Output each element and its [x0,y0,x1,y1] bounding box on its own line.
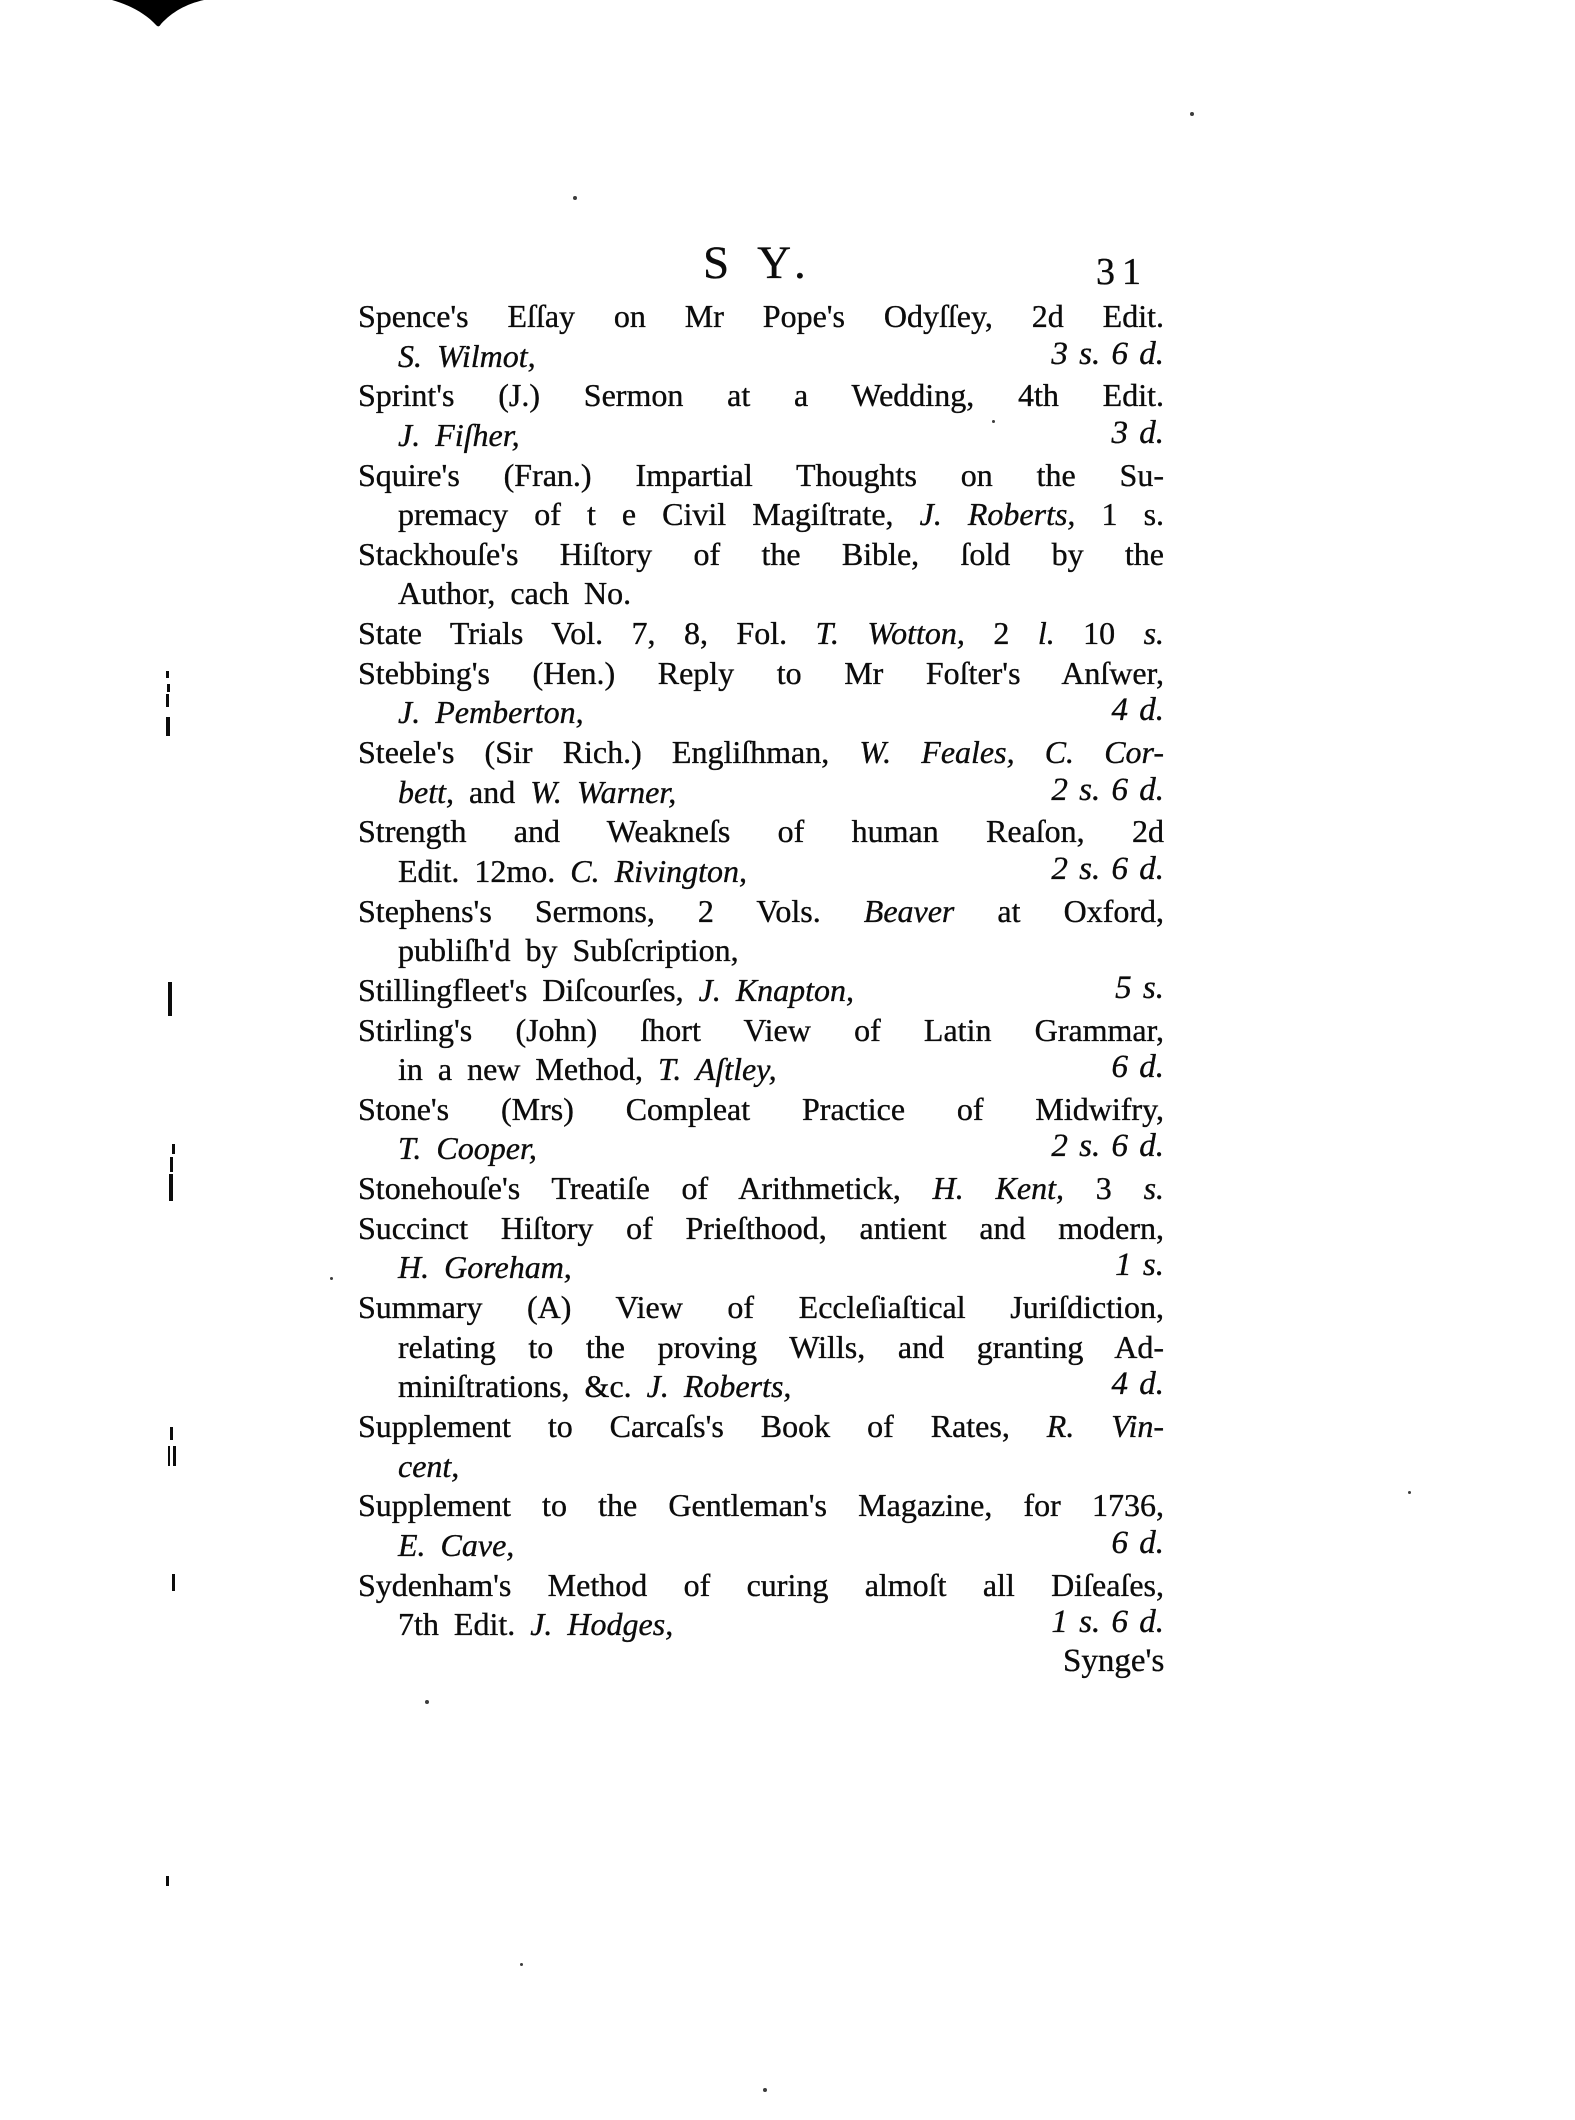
entry-text: E. Cave, [398,1526,514,1566]
entry-price: 2 s. 6 d. [1051,771,1164,811]
entry-text: Stillingfleet's Diſcourſes, J. Knapton, [358,971,854,1011]
entry-text: Succinct Hiſtory of Prieſthood, antient … [358,1210,1164,1246]
scan-speck [573,196,577,200]
entry-line: E. Cave,6 d. [358,1526,1164,1566]
entry-line: J. Fiſher,3 d. [358,416,1164,456]
entry-price: 3 d. [1112,414,1165,454]
entry-text: Stirling's (John) ſhort View of Latin Gr… [358,1012,1164,1048]
entry-text: S. Wilmot, [398,337,536,377]
entries: Spence's Eſſay on Mr Pope's Odyſſey, 2d … [358,297,1164,1645]
entry-text: Stebbing's (Hen.) Reply to Mr Foſter's A… [358,655,1164,691]
entry-text: premacy of t e Civil Magiſtrate, J. Robe… [398,496,1164,532]
entry-line: H. Goreham,1 s. [358,1248,1164,1288]
entry-line: cent, [358,1447,1164,1487]
entry-line: Sydenham's Method of curing almoſt all D… [358,1566,1164,1606]
scan-speck [425,1700,429,1704]
scan-speck [992,420,995,423]
entry-line: Squire's (Fran.) Impartial Thoughts on t… [358,456,1164,496]
entry-line: Edit. 12mo. C. Rivington,2 s. 6 d. [358,852,1164,892]
scan-speck [763,2088,767,2092]
entry-line: premacy of t e Civil Magiſtrate, J. Robe… [358,495,1164,535]
entry-line: 7th Edit. J. Hodges,1 s. 6 d. [358,1605,1164,1645]
entry-line: Strength and Weakneſs of human Reaſon, 2… [358,812,1164,852]
margin-tick [172,1574,175,1591]
entry-line: Stone's (Mrs) Compleat Practice of Midwi… [358,1090,1164,1130]
entry-text: Stone's (Mrs) Compleat Practice of Midwi… [358,1091,1164,1127]
entry-line: Author, cach No. [358,574,1164,614]
entry-line: Stirling's (John) ſhort View of Latin Gr… [358,1011,1164,1051]
entry-price: 6 d. [1112,1048,1165,1088]
entry-text: Supplement to the Gentleman's Magazine, … [358,1487,1164,1523]
entry-line: State Trials Vol. 7, 8, Fol. T. Wotton, … [358,614,1164,654]
entry-text: Spence's Eſſay on Mr Pope's Odyſſey, 2d … [358,298,1164,334]
entry-text: H. Goreham, [398,1248,572,1288]
entry-price: 1 s. 6 d. [1051,1603,1164,1643]
entry-line: miniſtrations, &c. J. Roberts,4 d. [358,1367,1164,1407]
entry-line: Summary (A) View of Eccleſiaſtical Juriſ… [358,1288,1164,1328]
margin-tick [168,1446,170,1466]
entry-text: Supplement to Carcaſs's Book of Rates, R… [358,1408,1164,1444]
entry-line: Stebbing's (Hen.) Reply to Mr Foſter's A… [358,654,1164,694]
entry-text: 7th Edit. J. Hodges, [398,1605,673,1645]
scan-speck [520,1963,523,1966]
entry-line: Sprint's (J.) Sermon at a Wedding, 4th E… [358,376,1164,416]
entry-line: Succinct Hiſtory of Prieſthood, antient … [358,1209,1164,1249]
margin-tick [166,717,170,736]
entry-line: Stonehouſe's Treatiſe of Arithmetick, H.… [358,1169,1164,1209]
scan-speck [330,1277,333,1280]
entry-text: Stonehouſe's Treatiſe of Arithmetick, H.… [358,1170,1164,1206]
margin-tick [166,1876,169,1886]
entry-price: 4 d. [1112,691,1165,731]
entry-price: 6 d. [1112,1524,1165,1564]
margin-tick [173,1446,176,1466]
entry-price: 4 d. [1112,1365,1165,1405]
page-number: 31 [1096,250,1148,294]
entry-price: 3 s. 6 d. [1051,335,1164,375]
entry-price: 1 s. [1115,1246,1164,1286]
margin-tick [169,1174,173,1201]
entry-line: S. Wilmot,3 s. 6 d. [358,337,1164,377]
entry-line: Supplement to the Gentleman's Magazine, … [358,1486,1164,1526]
entry-text: Edit. 12mo. C. Rivington, [398,852,747,892]
entry-price: 5 s. [1115,969,1164,1009]
entry-line: relating to the proving Wills, and grant… [358,1328,1164,1368]
entry-text: Author, cach No. [398,575,631,611]
entry-text: Squire's (Fran.) Impartial Thoughts on t… [358,457,1164,493]
entry-text: State Trials Vol. 7, 8, Fol. T. Wotton, … [358,615,1164,651]
entry-line: Stephens's Sermons, 2 Vols. Beaver at Ox… [358,892,1164,932]
entry-price: 2 s. 6 d. [1051,850,1164,890]
entry-text: Strength and Weakneſs of human Reaſon, 2… [358,813,1164,849]
margin-tick [167,684,170,692]
entry-text: in a new Method, T. Aſtley, [398,1050,777,1090]
entry-price: 2 s. 6 d. [1051,1127,1164,1167]
entry-text: Stephens's Sermons, 2 Vols. Beaver at Ox… [358,893,1164,929]
entry-line: Spence's Eſſay on Mr Pope's Odyſſey, 2d … [358,297,1164,337]
entry-line: in a new Method, T. Aſtley,6 d. [358,1050,1164,1090]
entry-text: Steele's (Sir Rich.) Engliſhman, W. Feal… [358,734,1164,770]
entry-text: relating to the proving Wills, and grant… [398,1329,1164,1365]
page-corner-ink-blob [112,0,204,28]
entry-line: T. Cooper,2 s. 6 d. [358,1129,1164,1169]
margin-tick [170,1157,173,1172]
margin-tick [172,1144,175,1154]
catchword: Synge's [1063,1643,1164,1680]
margin-tick [168,982,172,1016]
entry-line: publiſh'd by Subſcription, [358,931,1164,971]
entry-text: Summary (A) View of Eccleſiaſtical Juriſ… [358,1289,1164,1325]
entry-line: Stackhouſe's Hiſtory of the Bible, ſold … [358,535,1164,575]
entry-line: J. Pemberton,4 d. [358,693,1164,733]
entry-line: Supplement to Carcaſs's Book of Rates, R… [358,1407,1164,1447]
entry-text: J. Fiſher, [398,416,520,456]
entry-text: Sprint's (J.) Sermon at a Wedding, 4th E… [358,377,1164,413]
entry-text: cent, [398,1448,459,1484]
entry-line: Steele's (Sir Rich.) Engliſhman, W. Feal… [358,733,1164,773]
scan-speck [1190,112,1194,116]
entry-line: bett, and W. Warner,2 s. 6 d. [358,773,1164,813]
scanned-book-page: S Y. 31 Spence's Eſſay on Mr Pope's Odyſ… [0,0,1575,2120]
entry-text: bett, and W. Warner, [398,773,676,813]
margin-tick [166,694,169,707]
margin-tick [166,671,169,678]
entry-text: miniſtrations, &c. J. Roberts, [398,1367,791,1407]
entry-text: Sydenham's Method of curing almoſt all D… [358,1567,1164,1603]
running-header: S Y. [703,236,815,290]
entry-text: Stackhouſe's Hiſtory of the Bible, ſold … [358,536,1164,572]
entry-text: publiſh'd by Subſcription, [398,932,739,968]
scan-speck [1408,1491,1411,1494]
margin-tick [170,1427,173,1440]
entry-line: Stillingfleet's Diſcourſes, J. Knapton,5… [358,971,1164,1011]
entry-text: J. Pemberton, [398,693,584,733]
entry-text: T. Cooper, [398,1129,537,1169]
